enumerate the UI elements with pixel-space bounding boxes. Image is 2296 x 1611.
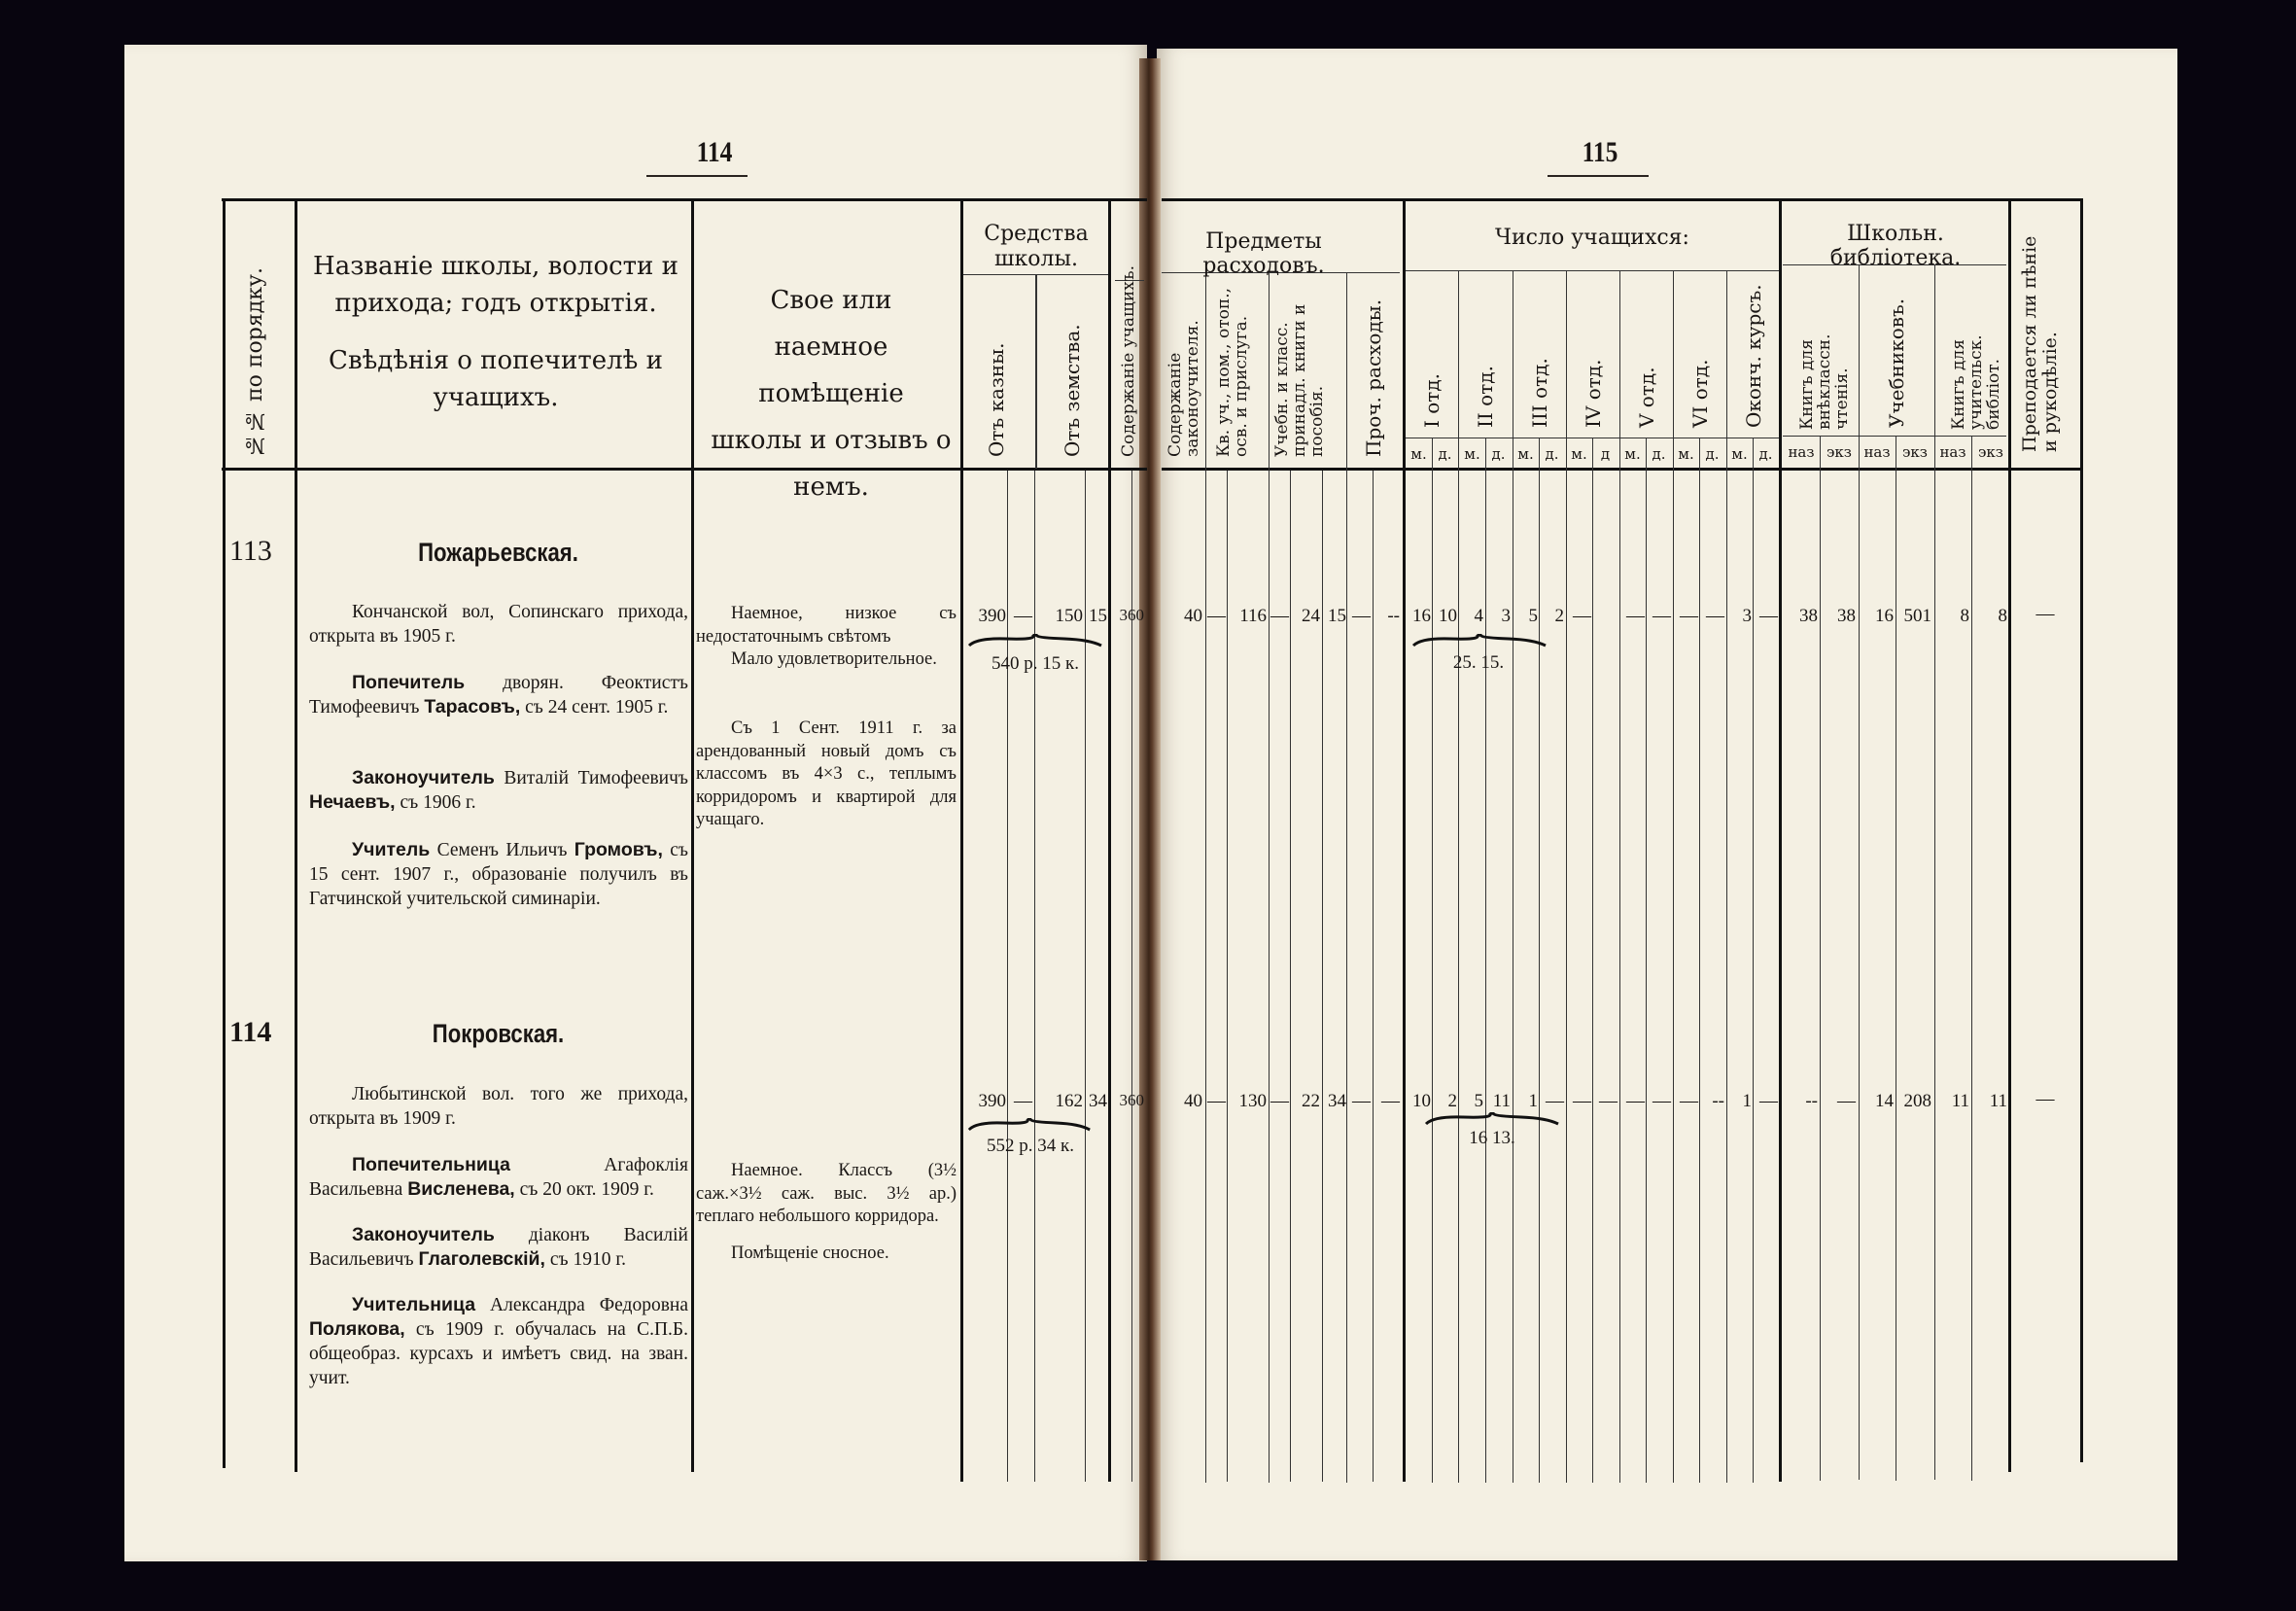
header-exp-teachers: Содержаніе учащихъ. <box>1120 350 1137 457</box>
students-1-f: 10 <box>1433 606 1457 627</box>
library-extra-titles: 38 <box>1783 606 1818 627</box>
students-6-m: — <box>1674 1091 1698 1112</box>
row-number: 113 <box>229 535 272 568</box>
students-4-f: — <box>1593 1091 1618 1112</box>
exp-quarters-rub: 116 <box>1228 606 1267 627</box>
book-gutter <box>1139 58 1161 1560</box>
funds-treasury-rub: 390 <box>962 606 1006 627</box>
school-location: Любытинской вол. того же прихода, открыт… <box>309 1082 688 1131</box>
library-teacher-titles: 8 <box>1934 606 1969 627</box>
exp-other-kop: -- <box>1374 606 1400 627</box>
students-3-f: 2 <box>1540 606 1564 627</box>
students-4-m: — <box>1567 1091 1591 1112</box>
exp-quarters-kop: — <box>1270 606 1289 627</box>
students-grad-m: 1 <box>1727 1091 1752 1112</box>
students-1-m: 10 <box>1406 1091 1431 1112</box>
exp-teachers-rub: 360 <box>1109 1091 1144 1110</box>
students-grad-m: 3 <box>1727 606 1752 627</box>
exp-quarters-rub: 130 <box>1228 1091 1267 1112</box>
students-1-f: 2 <box>1433 1091 1457 1112</box>
row-number: 114 <box>229 1016 271 1049</box>
header-exp-books: Учебн. и класс. принадл. книги и пособія… <box>1273 277 1338 457</box>
header-grade-2: II отд. <box>1475 360 1496 428</box>
students-3-m: 1 <box>1513 1091 1538 1112</box>
exp-teachers-rub: 360 <box>1109 606 1144 625</box>
library-teacher-copies: 11 <box>1972 1091 2007 1112</box>
header-grade-6: VI отд. <box>1689 350 1711 428</box>
school-location: Кончанской вол, Сопинскаго прихода, откр… <box>309 600 688 648</box>
school-name: Покровская. <box>341 1019 656 1049</box>
library-textbook-copies: 208 <box>1896 1091 1931 1112</box>
students-5-f: — <box>1647 1091 1671 1112</box>
header-library-textbooks: Учебниковъ. <box>1886 311 1907 428</box>
exp-books-rub: 22 <box>1291 1091 1320 1112</box>
students-5-m: — <box>1620 1091 1645 1112</box>
students-4-m: — <box>1567 606 1591 627</box>
exp-law-kop: — <box>1206 1091 1226 1112</box>
library-extra-copies: — <box>1821 1091 1856 1112</box>
students-2-f: 3 <box>1486 606 1511 627</box>
page-number-rule-right <box>1548 175 1649 177</box>
students-total: 16 13. <box>1419 1128 1565 1149</box>
library-extra-copies: 38 <box>1821 606 1856 627</box>
exp-quarters-kop: — <box>1270 1091 1289 1112</box>
header-library-extracurricular: Книгъ для внѣклассн. чтенія. <box>1798 274 1841 430</box>
exp-books-kop: 34 <box>1323 1091 1346 1112</box>
students-2-f: 11 <box>1486 1091 1511 1112</box>
funds-treasury-kop: — <box>1009 1091 1032 1112</box>
school-name: Пожарьевская. <box>341 538 656 568</box>
teacher-info: Учитель Семенъ Ильичъ Громовъ, съ 15 сен… <box>309 838 688 911</box>
students-total: 25. 15. <box>1406 652 1551 674</box>
header-grade-4: IV отд. <box>1583 350 1604 428</box>
exp-law-rub: 40 <box>1164 606 1202 627</box>
funds-zemstvo-kop: 34 <box>1086 1091 1107 1112</box>
students-3-m: 5 <box>1513 606 1538 627</box>
students-5-f: — <box>1647 606 1671 627</box>
exp-law-rub: 40 <box>1164 1091 1202 1112</box>
header-grade-1: I отд. <box>1421 369 1443 428</box>
header-funds-treasury: Отъ казны. <box>986 350 1007 457</box>
students-5-m: — <box>1620 606 1645 627</box>
students-2-m: 4 <box>1459 606 1483 627</box>
funds-total: 540 р. 15 к. <box>962 653 1108 675</box>
exp-books-kop: 15 <box>1323 606 1346 627</box>
header-premises: Свое или наемное помѣщеніе школы и отзыв… <box>710 277 953 510</box>
exp-other-rub: — <box>1349 1091 1371 1112</box>
exp-other-rub: — <box>1349 606 1371 627</box>
header-grade-3: III отд. <box>1529 350 1550 428</box>
premises-update: Съ 1 Сент. 1911 г. за арендованный новый… <box>696 718 957 832</box>
page-number-rule-left <box>646 175 748 177</box>
students-3-f: — <box>1540 1091 1564 1112</box>
students-1-m: 16 <box>1406 606 1431 627</box>
brace-icon <box>967 634 1103 648</box>
header-expenses-group: Предметы расходовъ. <box>1157 229 1371 278</box>
header-school-name: Названіе школы, волости и прихода; годъ … <box>301 248 690 322</box>
teacher-info: Учительница Александра Федоровна Поляков… <box>309 1293 688 1390</box>
funds-zemstvo-kop: 15 <box>1086 606 1107 627</box>
exp-books-rub: 24 <box>1291 606 1320 627</box>
header-row-number: №№ по порядку. <box>245 292 266 457</box>
header-library-group: Школьн. библіотека. <box>1783 222 2008 270</box>
students-2-m: 5 <box>1459 1091 1483 1112</box>
exp-law-kop: — <box>1206 606 1226 627</box>
header-students-group: Число учащихся: <box>1406 226 1779 250</box>
library-extra-titles: -- <box>1783 1091 1818 1112</box>
brace-icon <box>1424 1112 1560 1126</box>
library-textbook-titles: 16 <box>1859 606 1894 627</box>
header-exp-quarters: Кв. уч., пом., отоп., осв. и прислуга. <box>1215 282 1258 457</box>
premises-description: Наемное. Классъ (3½ саж.×3½ саж. выс. 3½… <box>696 1160 957 1229</box>
page-number-right: 115 <box>1550 136 1650 169</box>
header-funds-group: Средства школы. <box>964 222 1108 272</box>
singing-handicraft: — <box>2011 604 2079 625</box>
header-exp-law-teacher: Содержаніе законоучителя. <box>1166 292 1205 457</box>
funds-zemstvo-rub: 150 <box>1036 606 1083 627</box>
students-6-f: — <box>1700 606 1724 627</box>
header-singing-handicraft: Преподается ли пѣніе и рукодѣліе. <box>2020 219 2069 452</box>
funds-treasury-rub: 390 <box>962 1091 1006 1112</box>
singing-handicraft: — <box>2011 1089 2079 1110</box>
premises-description: Наемное, низкое съ недостаточнымъ свѣтом… <box>696 603 957 648</box>
exp-other-kop: — <box>1374 1091 1400 1112</box>
brace-icon <box>967 1118 1092 1132</box>
trustee-info: Попечитель дворян. Феоктистъ Тимофеевичъ… <box>309 671 688 719</box>
premises-assessment: Помѣщеніе сносное. <box>696 1243 957 1266</box>
funds-zemstvo-rub: 162 <box>1036 1091 1083 1112</box>
funds-total: 552 р. 34 к. <box>962 1136 1098 1157</box>
premises-assessment: Мало удовлетворительное. <box>696 648 957 672</box>
header-grade-5: V отд. <box>1636 355 1657 428</box>
law-teacher-info: Законоучитель Виталій Тимофеевичъ Нечаев… <box>309 766 688 815</box>
header-funds-zemstvo: Отъ земства. <box>1061 340 1083 457</box>
students-6-m: — <box>1674 606 1698 627</box>
brace-icon <box>1411 634 1548 648</box>
library-textbook-copies: 501 <box>1896 606 1931 627</box>
trustee-info: Попечительница Агафоклія Васильевна Висл… <box>309 1153 688 1202</box>
header-exp-other: Проч. расходы. <box>1363 321 1384 457</box>
library-textbook-titles: 14 <box>1859 1091 1894 1112</box>
funds-treasury-kop: — <box>1009 606 1032 627</box>
header-trustee-info: Свѣдѣнія о попечителѣ и учащихъ. <box>301 342 690 416</box>
law-teacher-info: Законоучитель діаконъ Василій Васильевич… <box>309 1223 688 1272</box>
students-6-f: -- <box>1700 1091 1724 1112</box>
header-graduated: Оконч. курсъ. <box>1743 282 1764 428</box>
students-grad-f: — <box>1754 606 1778 627</box>
library-teacher-titles: 11 <box>1934 1091 1969 1112</box>
library-teacher-copies: 8 <box>1972 606 2007 627</box>
page-number-left: 114 <box>665 136 764 169</box>
students-grad-f: — <box>1754 1091 1778 1112</box>
header-library-teachers: Книгъ для учительск. библіот. <box>1950 274 1993 430</box>
